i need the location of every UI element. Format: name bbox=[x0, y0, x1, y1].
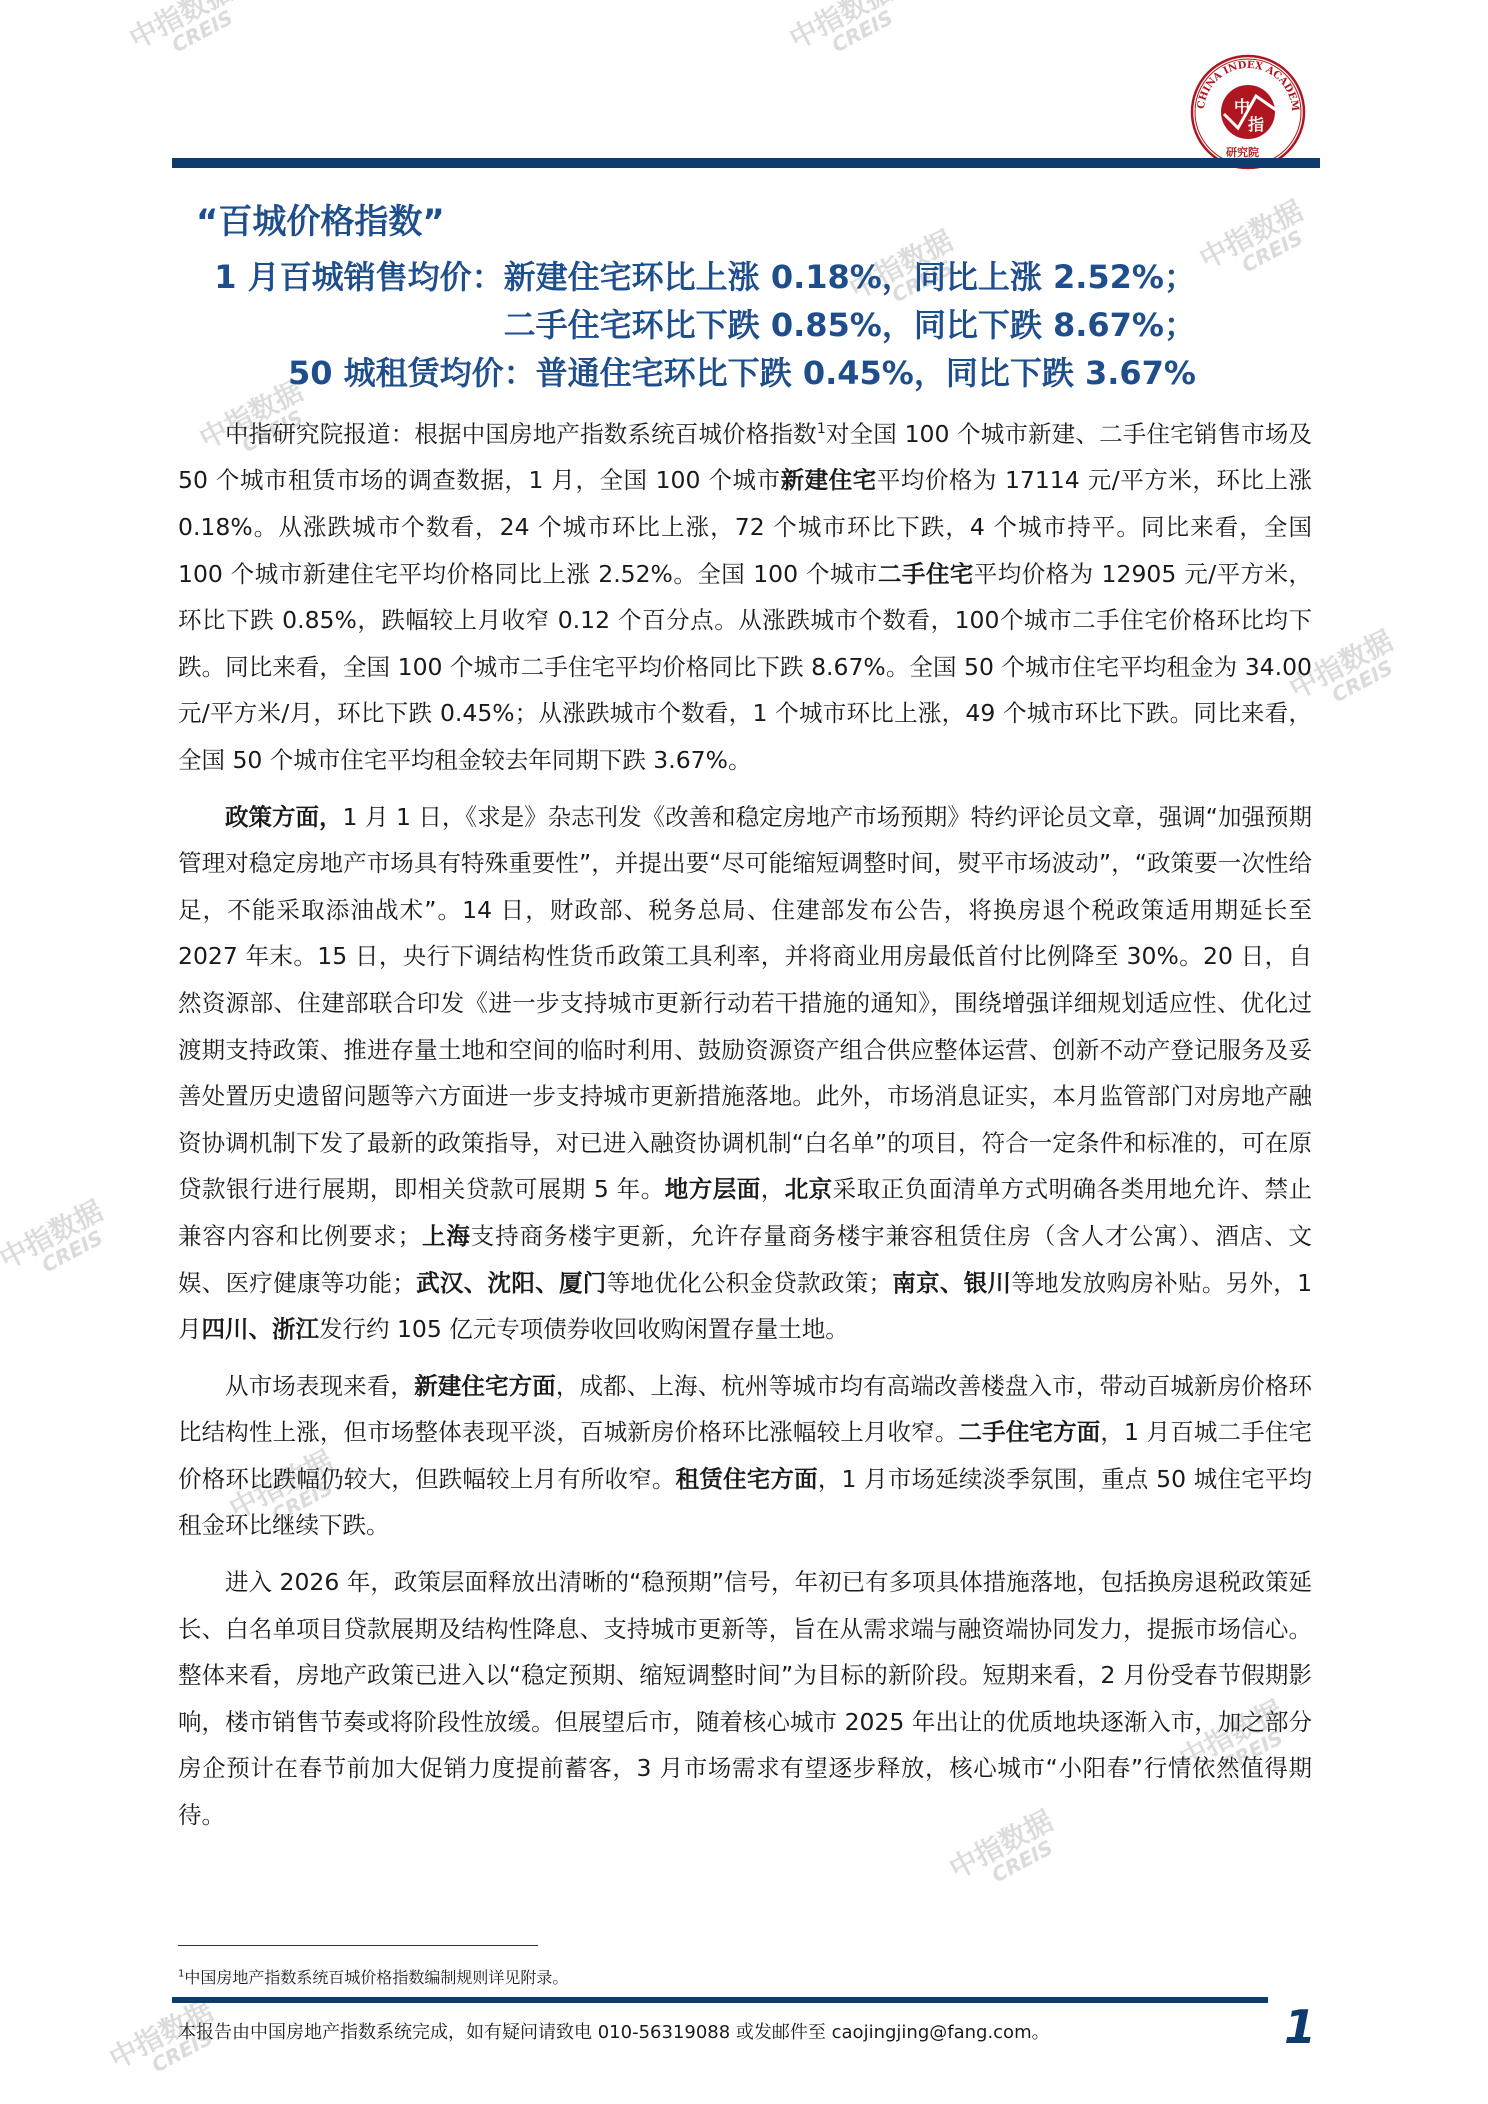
watermark: 中指数据CREIS bbox=[1195, 197, 1316, 292]
footer-contact-text: 本报告由中国房地产指数系统完成，如有疑问请致电 010-56319088 或发邮… bbox=[178, 2018, 1050, 2044]
emphasis-text: 政策方面， bbox=[225, 803, 343, 831]
logo-emblem-icon: CHINA INDEX ACADEMY 中 指 研究院 bbox=[1188, 52, 1308, 172]
watermark: 中指数据CREIS bbox=[785, 0, 906, 71]
paragraph-index-summary: 中指研究院报道：根据中国房地产指数系统百城价格指数1对全国 100 个城市新建、… bbox=[178, 406, 1312, 784]
paragraph-policy: 政策方面，1 月 1 日，《求是》杂志刊发《改善和稳定房地产市场预期》特约评论员… bbox=[178, 794, 1312, 1353]
article-body: 中指研究院报道：根据中国房地产指数系统百城价格指数1对全国 100 个城市新建、… bbox=[178, 406, 1312, 1849]
text-run: 等地优化公积金贷款政策； bbox=[607, 1269, 892, 1297]
svg-text:指: 指 bbox=[1247, 115, 1264, 134]
emphasis-text: 地方层面 bbox=[665, 1175, 761, 1203]
text-run: 平均价格为 12905 元/平方米，环比下跌 0.85%，跌幅较上月收窄 0.1… bbox=[178, 560, 1312, 774]
section-title: “百城价格指数” bbox=[196, 194, 445, 243]
text-run: ， bbox=[761, 1175, 785, 1203]
emphasis-text: 二手住宅方面 bbox=[958, 1418, 1100, 1446]
emphasis-text: 租赁住宅方面 bbox=[676, 1465, 818, 1493]
emphasis-text: 武汉、沈阳、厦门 bbox=[416, 1269, 607, 1297]
emphasis-text: 上海 bbox=[421, 1222, 471, 1250]
china-index-academy-logo: CHINA INDEX ACADEMY 中 指 研究院 bbox=[1188, 52, 1308, 172]
footnote-rule bbox=[178, 1945, 538, 1946]
watermark: 中指数据CREIS bbox=[125, 0, 246, 71]
emphasis-text: 南京、银川 bbox=[892, 1269, 1011, 1297]
text-run: 1 月 1 日，《求是》杂志刊发《改善和稳定房地产市场预期》特约评论员文章，强调… bbox=[178, 803, 1312, 1204]
page-number: 1 bbox=[1284, 2000, 1316, 2054]
footer-rule bbox=[172, 1997, 1268, 2003]
svg-text:研究院: 研究院 bbox=[1226, 145, 1259, 159]
paragraph-outlook: 进入 2026 年，政策层面释放出清晰的“稳预期”信号，年初已有多项具体措施落地… bbox=[178, 1559, 1312, 1839]
footnote: 1中国房地产指数系统百城价格指数编制规则详见附录。 bbox=[178, 1965, 568, 1988]
headline-rental: 50 城租赁均价：普通住宅环比下跌 0.45%，同比下跌 3.67% bbox=[288, 348, 1196, 394]
svg-text:中: 中 bbox=[1234, 97, 1250, 116]
emphasis-text: 二手住宅 bbox=[878, 560, 974, 588]
headline-second-hand: 二手住宅环比下跌 0.85%，同比下跌 8.67%； bbox=[504, 300, 1196, 346]
headline-sales-price: 1 月百城销售均价：新建住宅环比上涨 0.18%，同比上涨 2.52%； bbox=[214, 252, 1196, 298]
emphasis-text: 北京 bbox=[785, 1175, 833, 1203]
emphasis-text: 新建住宅 bbox=[781, 466, 877, 494]
emphasis-text: 新建住宅方面 bbox=[414, 1372, 556, 1400]
emphasis-text: 四川、浙江 bbox=[202, 1315, 320, 1343]
text-run: 发行约 105 亿元专项债券收回收购闲置存量土地。 bbox=[319, 1315, 849, 1343]
paragraph-market-performance: 从市场表现来看，新建住宅方面，成都、上海、杭州等城市均有高端改善楼盘入市，带动百… bbox=[178, 1363, 1312, 1549]
footnote-text: 中国房地产指数系统百城价格指数编制规则详见附录。 bbox=[184, 1968, 568, 1987]
footnote-ref: 1 bbox=[817, 421, 826, 437]
text-run: 中指研究院报道：根据中国房地产指数系统百城价格指数 bbox=[225, 420, 817, 448]
header-rule bbox=[172, 158, 1320, 168]
text-run: 从市场表现来看， bbox=[225, 1372, 414, 1400]
watermark: 中指数据CREIS bbox=[105, 1997, 226, 2092]
watermark: 中指数据CREIS bbox=[0, 1197, 117, 1292]
text-run: 进入 2026 年，政策层面释放出清晰的“稳预期”信号，年初已有多项具体措施落地… bbox=[178, 1568, 1312, 1829]
